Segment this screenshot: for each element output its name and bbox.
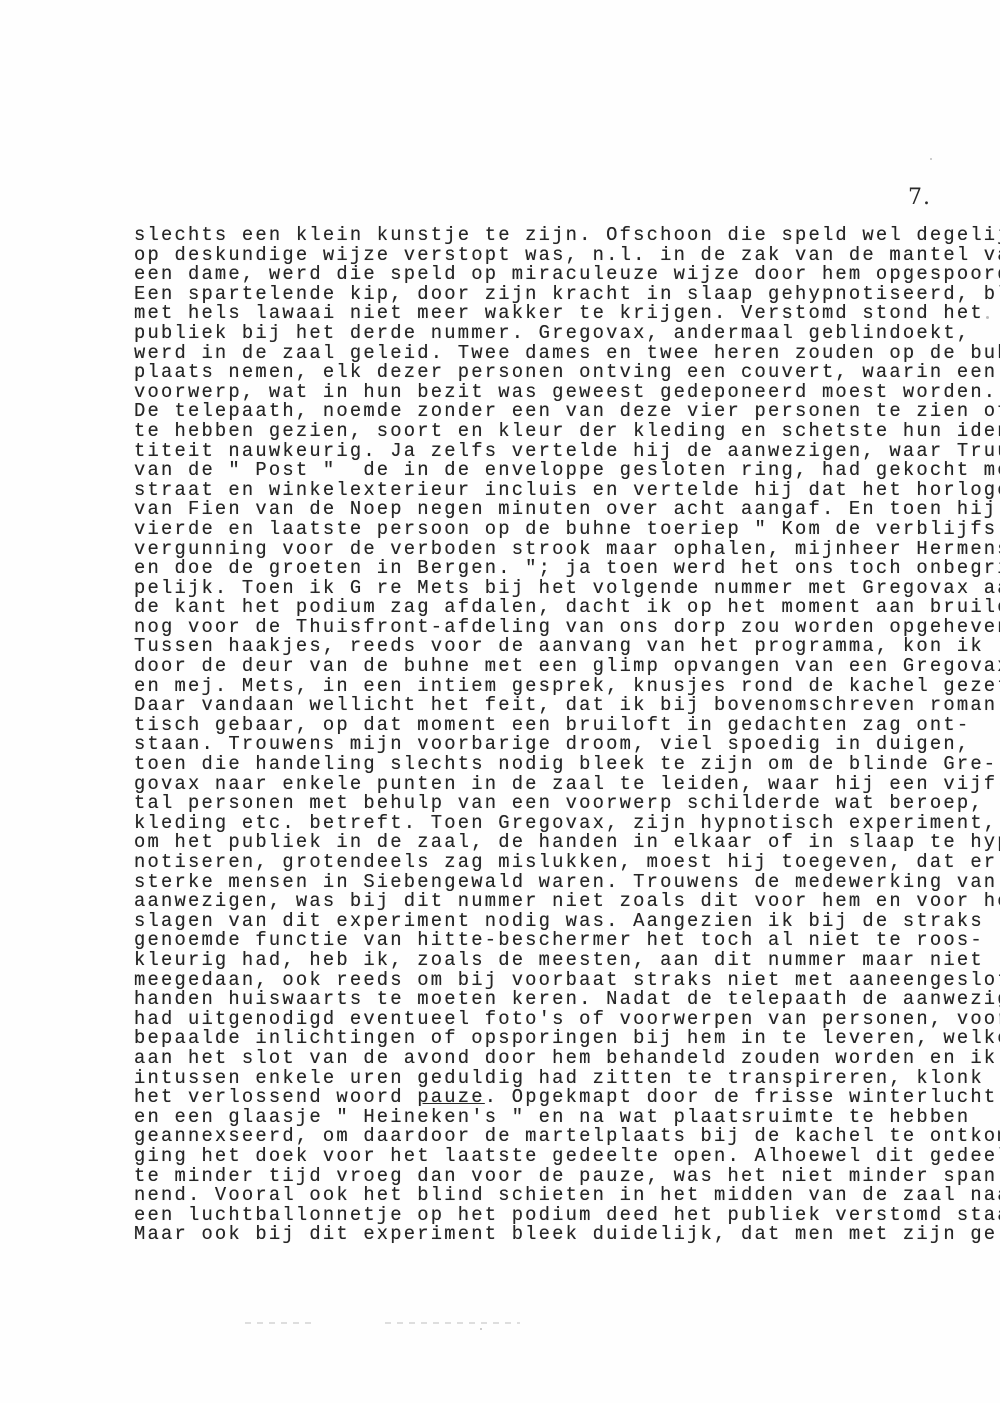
scan-speck (986, 316, 989, 319)
faint-bottom-marks (245, 1322, 315, 1324)
page-number: 7. (908, 185, 931, 210)
faint-bottom-marks (385, 1322, 520, 1324)
body-text: slechts een klein kunstje te zijn. Ofsch… (134, 226, 984, 1245)
text-line: Maar ook bij dit experiment bleek duidel… (134, 1225, 967, 1245)
typewritten-page: 7. slechts een klein kunstje te zijn. Of… (0, 0, 1000, 1403)
scan-speck (480, 1328, 482, 1330)
scan-speck (930, 158, 932, 160)
